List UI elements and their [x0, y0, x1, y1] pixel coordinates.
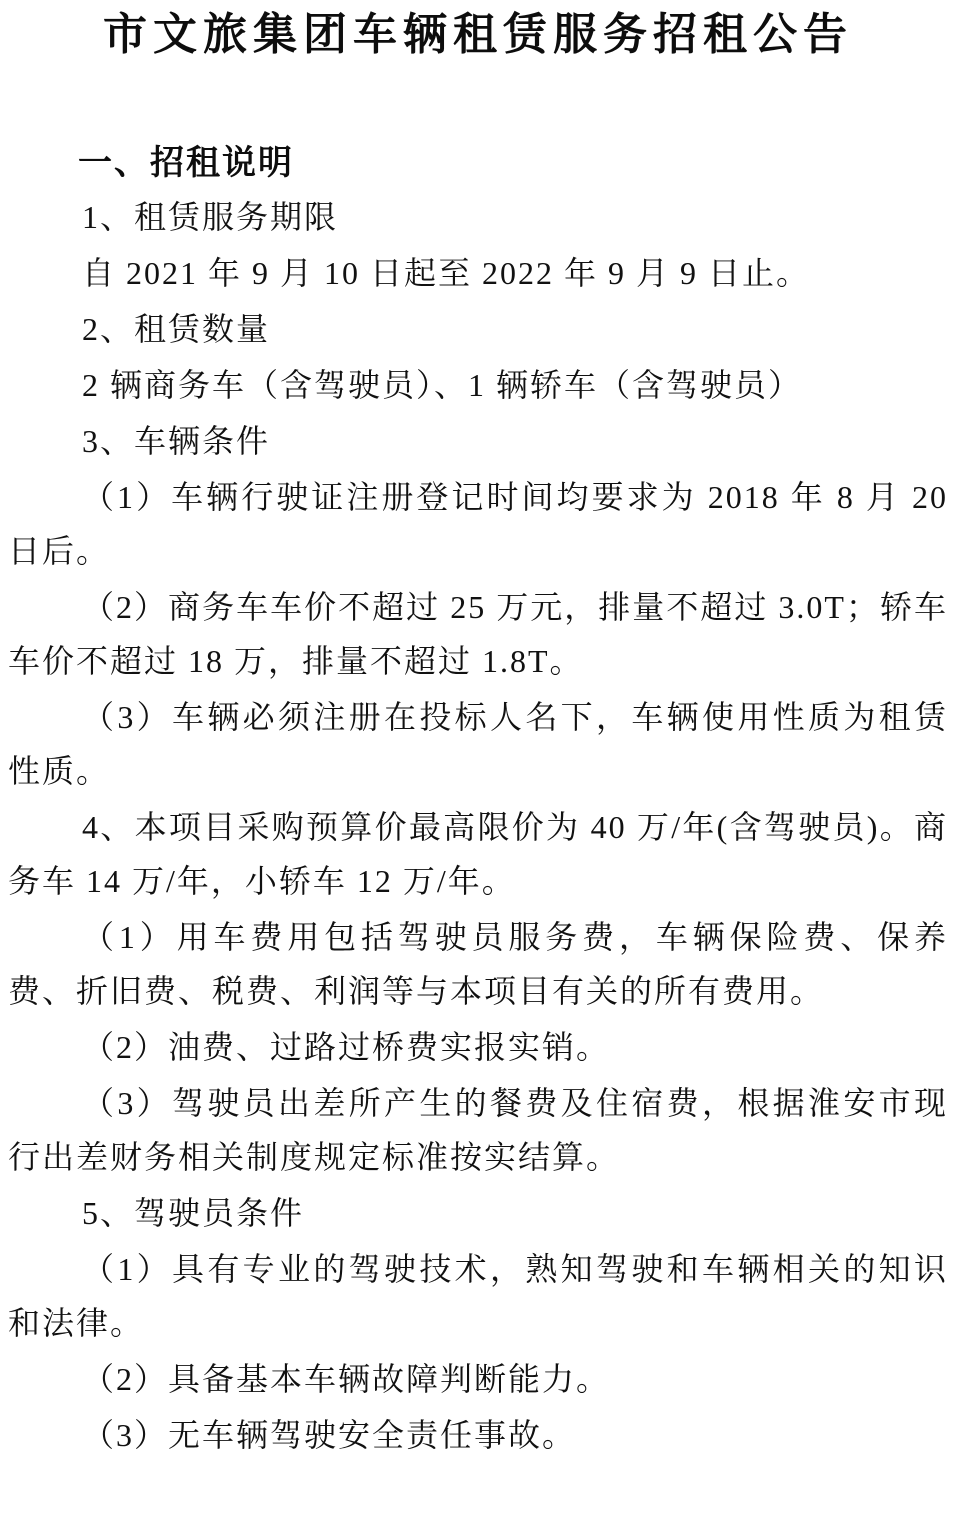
paragraph-list: 1、租赁服务期限自 2021 年 9 月 10 日起至 2022 年 9 月 9… [8, 190, 948, 1462]
paragraph: （2）商务车车价不超过 25 万元，排量不超过 3.0T；轿车车价不超过 18 … [8, 580, 948, 688]
paragraph: 2、租赁数量 [8, 302, 948, 356]
paragraph: （1）车辆行驶证注册登记时间均要求为 2018 年 8 月 20 日后。 [8, 470, 948, 578]
paragraph: 3、车辆条件 [8, 414, 948, 468]
document-page: 市文旅集团车辆租赁服务招租公告 一、招租说明 1、租赁服务期限自 2021 年 … [0, 0, 960, 1517]
paragraph: （1）具有专业的驾驶技术，熟知驾驶和车辆相关的知识和法律。 [8, 1242, 948, 1350]
paragraph: 4、本项目采购预算价最高限价为 40 万/年(含驾驶员)。商务车 14 万/年，… [8, 800, 948, 908]
paragraph: （3）无车辆驾驶安全责任事故。 [8, 1408, 948, 1462]
paragraph: （3）驾驶员出差所产生的餐费及住宿费，根据淮安市现行出差财务相关制度规定标准按实… [8, 1076, 948, 1184]
paragraph: 5、驾驶员条件 [8, 1186, 948, 1240]
paragraph: （3）车辆必须注册在投标人名下，车辆使用性质为租赁性质。 [8, 690, 948, 798]
paragraph: （2）油费、过路过桥费实报实销。 [8, 1020, 948, 1074]
paragraph: 2 辆商务车（含驾驶员）、1 辆轿车（含驾驶员） [8, 358, 948, 412]
paragraph: 自 2021 年 9 月 10 日起至 2022 年 9 月 9 日止。 [8, 246, 948, 300]
paragraph: 1、租赁服务期限 [8, 190, 948, 244]
paragraph: （1）用车费用包括驾驶员服务费，车辆保险费、保养费、折旧费、税费、利润等与本项目… [8, 910, 948, 1018]
document-title: 市文旅集团车辆租赁服务招租公告 [8, 8, 948, 62]
paragraph: （2）具备基本车辆故障判断能力。 [8, 1352, 948, 1406]
section-heading: 一、招租说明 [78, 144, 948, 184]
